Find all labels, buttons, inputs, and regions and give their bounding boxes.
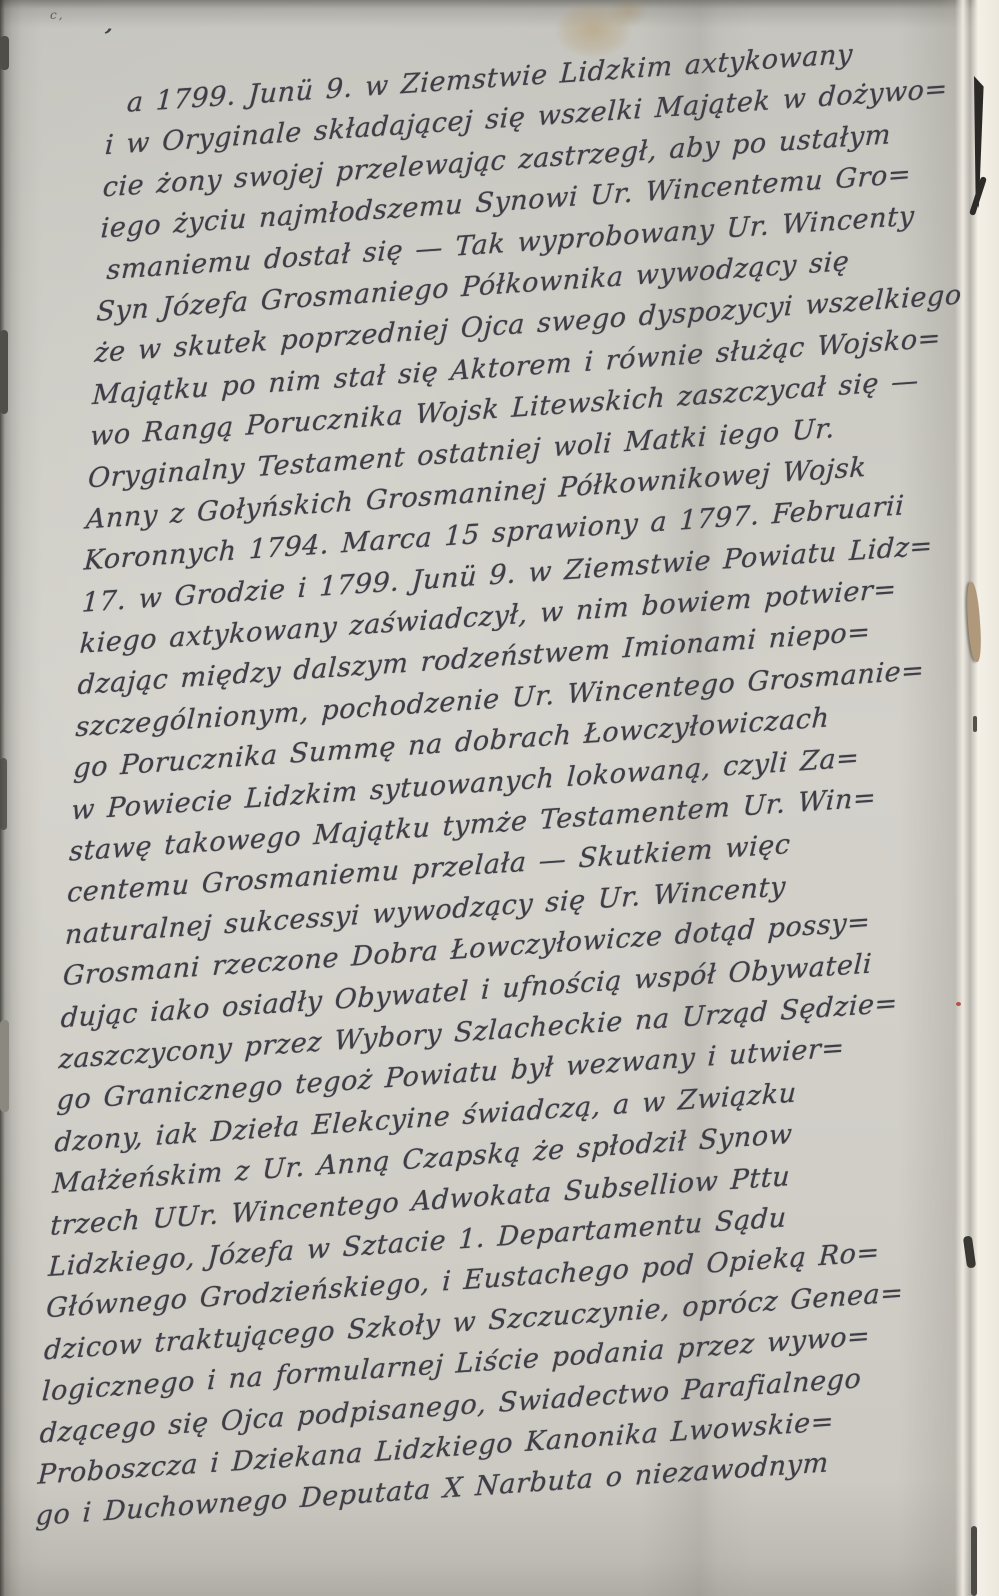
manuscript-text: a 1799. Junü 9. w Ziemstwie Lidzkim axty… [35, 23, 999, 1537]
left-edge-nick [0, 330, 8, 414]
ink-mark: ’ [100, 23, 114, 50]
left-edge-nick [0, 36, 9, 70]
page-fold-tear-lower [963, 1236, 976, 1269]
red-ink-speck [956, 1002, 961, 1006]
left-edge-nick [0, 1020, 9, 1112]
ink-mark: c, [50, 8, 65, 22]
manuscript-page: c, ’ a 1799. Junü 9. w Ziemstwie Lidzkim… [0, 0, 999, 1596]
left-edge-nick [0, 758, 7, 830]
page-fold-shadow-bottom [971, 1526, 977, 1596]
page-fold-mark [973, 716, 977, 732]
